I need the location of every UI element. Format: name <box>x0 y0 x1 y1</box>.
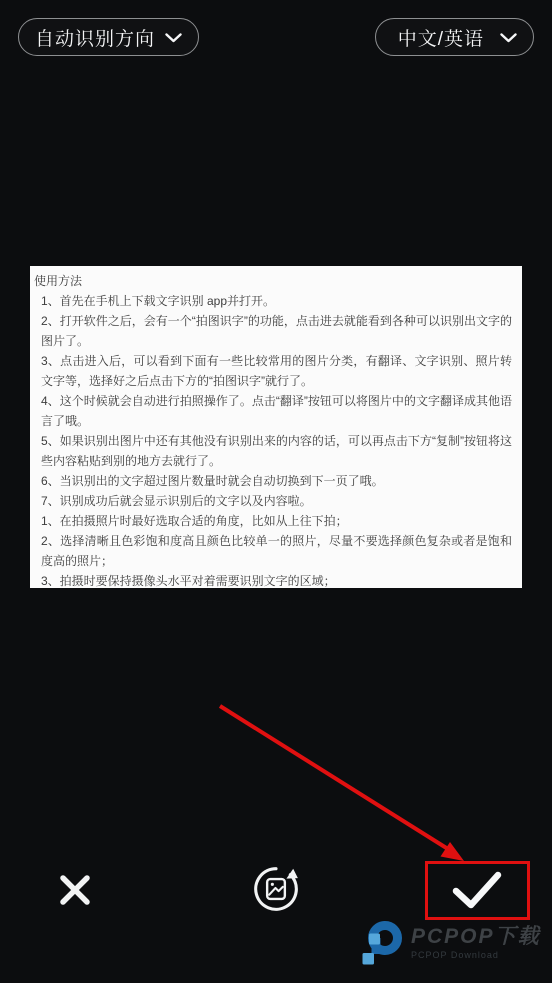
close-icon <box>55 870 95 913</box>
direction-dropdown[interactable]: 自动识别方向 <box>18 18 199 56</box>
document-title: 使用方法 <box>34 271 512 291</box>
pcpop-watermark: PCPOP下载 PCPOP Download <box>360 919 541 976</box>
language-dropdown[interactable]: 中文/英语 <box>375 18 534 56</box>
chevron-down-icon <box>165 27 182 49</box>
document-paragraph: 5、如果识别出图片中还有其他没有识别出来的内容的话，可以再点击下方“复制”按钮将… <box>41 431 512 471</box>
watermark-subtitle: PCPOP Download <box>411 950 541 960</box>
document-paragraph: 7、识别成功后就会显示识别后的文字以及内容啦。 <box>41 491 512 511</box>
document-paragraph: 1、首先在手机上下载文字识别 app并打开。 <box>41 291 512 311</box>
watermark-title: PCPOP下载 <box>411 926 541 948</box>
document-paragraph: 4、这个时候就会自动进行拍照操作了。点击“翻译”按钮可以将图片中的文字翻译成其他… <box>41 391 512 431</box>
document-paragraph: 6、当识别出的文字超过图片数量时就会自动切换到下一页了哦。 <box>41 471 512 491</box>
language-dropdown-label: 中文/英语 <box>398 24 484 51</box>
rotate-image-button[interactable] <box>250 864 302 916</box>
captured-document-preview: 使用方法 1、首先在手机上下载文字识别 app并打开。 2、打开软件之后，会有一… <box>30 266 522 588</box>
document-paragraph: 1、在拍摄照片时最好选取合适的角度，比如从上往下拍； <box>41 511 512 531</box>
chevron-down-icon <box>500 27 517 49</box>
close-button[interactable] <box>52 868 98 914</box>
confirm-button[interactable] <box>451 868 503 914</box>
rotate-image-icon <box>251 864 301 917</box>
document-paragraph: 3、拍摄时要保持摄像头水平对着需要识别文字的区域； <box>41 571 512 588</box>
camera-ocr-review-screen: 自动识别方向 中文/英语 使用方法 1、首先在手机上下载文字识别 app并打开。… <box>0 0 552 983</box>
direction-dropdown-label: 自动识别方向 <box>35 24 155 51</box>
confirm-check-icon <box>452 870 502 913</box>
pcpop-logo-icon <box>360 919 406 976</box>
document-paragraph: 3、点击进入后，可以看到下面有一些比较常用的图片分类，有翻译、文字识别、照片转文… <box>41 351 512 391</box>
document-paragraph: 2、打开软件之后，会有一个“拍图识字”的功能，点击进去就能看到各种可以识别出文字… <box>41 311 512 351</box>
document-paragraph: 2、选择清晰且色彩饱和度高且颜色比较单一的照片，尽量不要选择颜色复杂或者是饱和度… <box>41 531 512 571</box>
